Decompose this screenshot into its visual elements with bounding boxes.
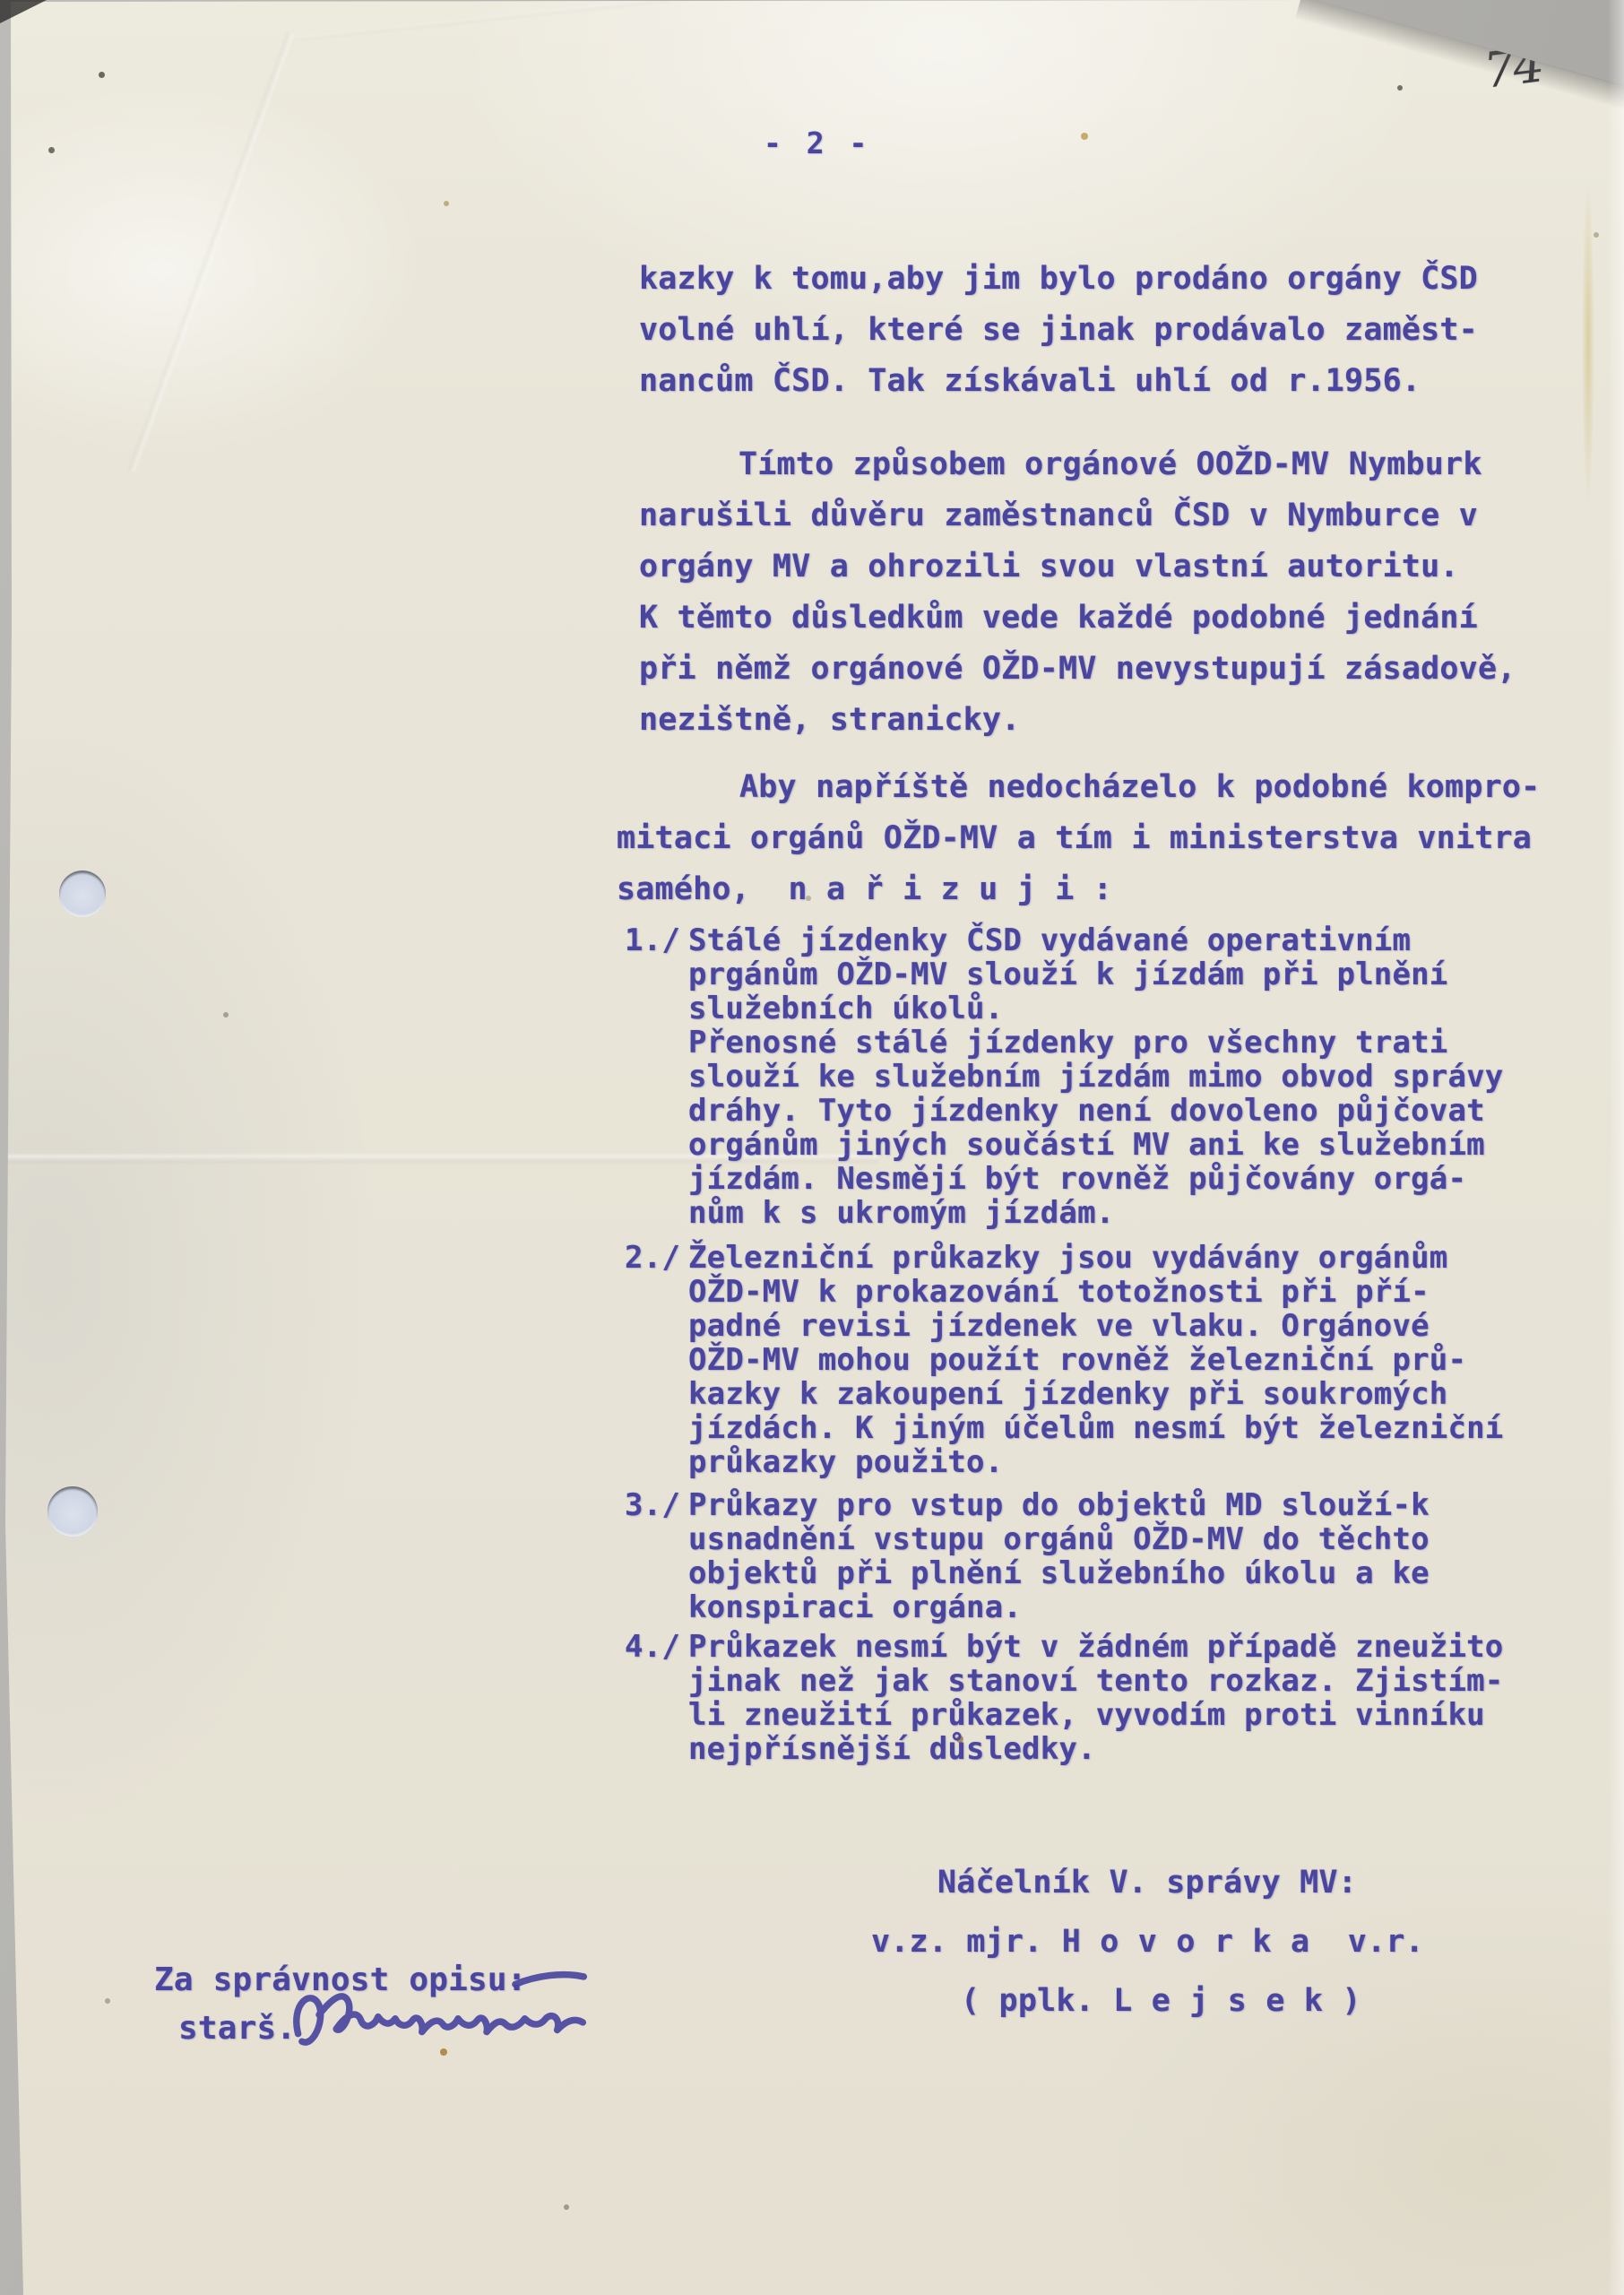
signatory-deputy: ( pplk. L e j s e k ) — [961, 1983, 1361, 2019]
signatory-title: Náčelník V. správy MV: — [937, 1865, 1357, 1901]
order-item-marker: 3./ — [625, 1488, 680, 1522]
punch-hole-top — [59, 870, 106, 917]
typed-page-number: - 2 - — [764, 126, 870, 160]
paragraph-order-intro: Aby napříště nedocházelo k podobné kompr… — [617, 762, 1585, 915]
order-item-4: 4./ Průkazek nesmí být v žádném případě … — [688, 1630, 1549, 1766]
scanned-document: - 2 - 74 kazky k tomu,aby jim bylo prodá… — [0, 0, 1624, 2295]
order-item-text: Průkazy pro vstup do objektů MD slouží-k… — [688, 1488, 1549, 1624]
order-item-text: Stálé jízdenky ČSD vydávané operativním … — [688, 923, 1549, 1230]
diagonal-crease-2 — [296, 0, 670, 41]
handwritten-signature — [289, 1970, 593, 2076]
order-item-text: Průkazek nesmí být v žádném případě zneu… — [688, 1630, 1549, 1766]
diagonal-crease — [128, 31, 294, 472]
attestation-rank: starš. — [178, 2010, 296, 2047]
order-item-marker: 1./ — [625, 923, 680, 957]
paragraph-continuation: kazky k tomu,aby jim bylo prodáno orgány… — [639, 254, 1553, 407]
punch-hole-bottom — [48, 1486, 98, 1537]
paper-right-edge-highlight — [1608, 0, 1624, 2295]
paragraph-nymburk: Tímto způsobem orgánové OOŽD-MV Nymburk … — [639, 439, 1571, 746]
signatory-name: v.z. mjr. H o v o r k a v.r. — [871, 1924, 1424, 1960]
order-item-marker: 2./ — [625, 1241, 680, 1275]
order-item-marker: 4./ — [625, 1630, 680, 1664]
order-item-text: Železniční průkazky jsou vydávány orgánů… — [688, 1241, 1549, 1479]
paper-sheet: - 2 - 74 kazky k tomu,aby jim bylo prodá… — [0, 0, 1624, 2295]
order-item-1: 1./ Stálé jízdenky ČSD vydávané operativ… — [688, 923, 1549, 1230]
order-item-2: 2./ Železniční průkazky jsou vydávány or… — [688, 1241, 1549, 1479]
staple-hole — [99, 72, 105, 78]
order-item-3: 3./ Průkazy pro vstup do objektů MD slou… — [688, 1488, 1549, 1624]
